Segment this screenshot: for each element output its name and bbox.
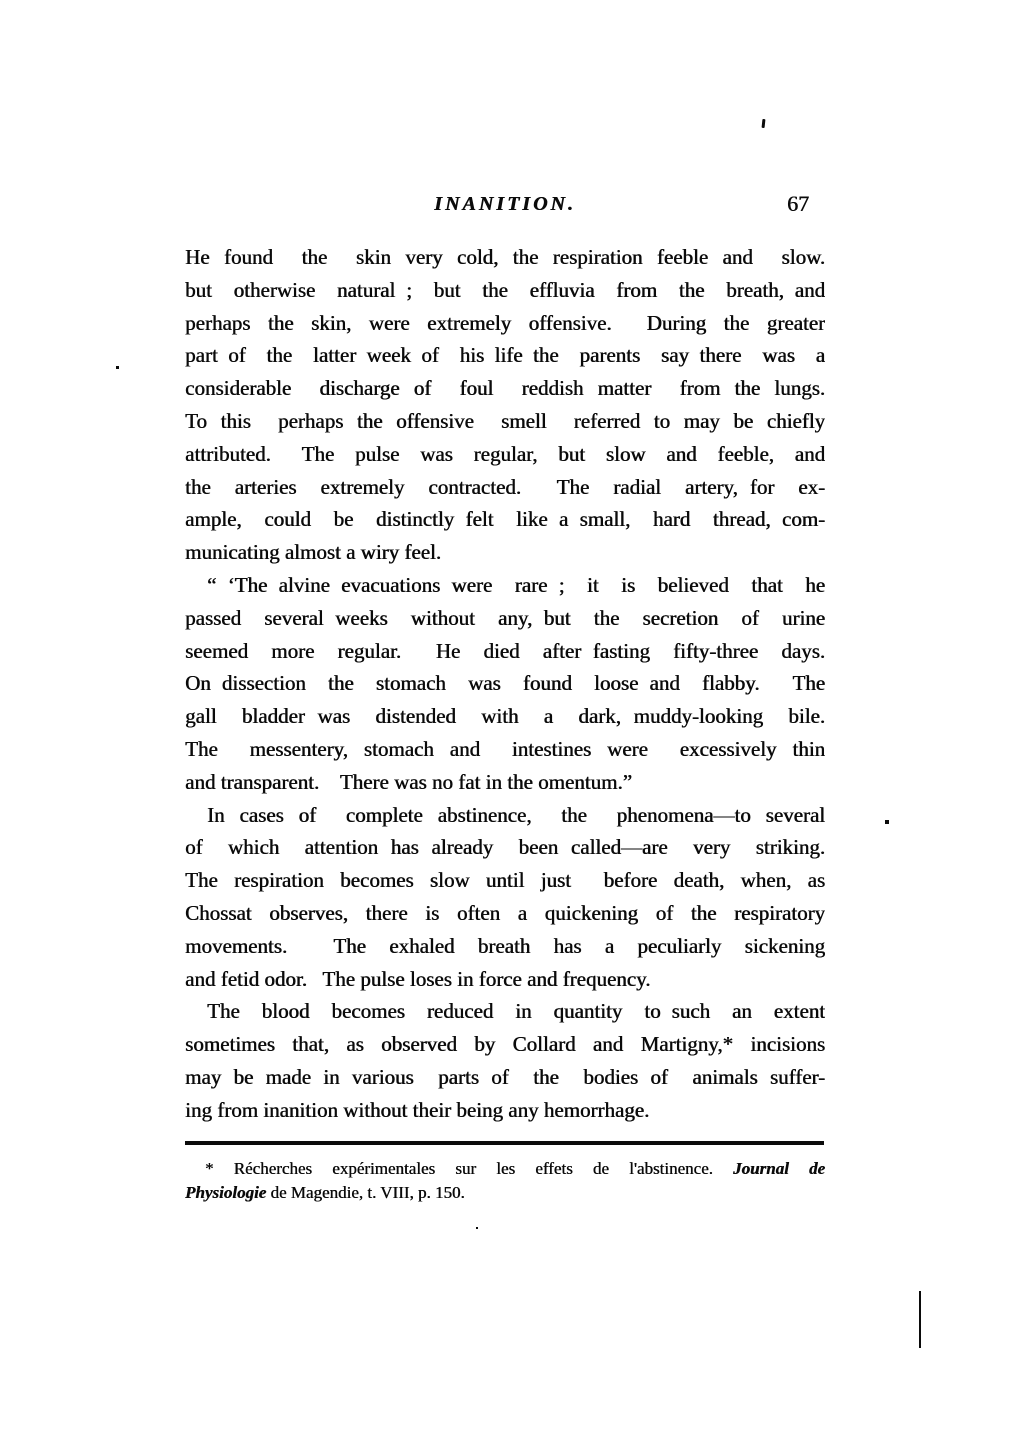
text-line: Chossat observes, there is often a quick… [185,897,825,930]
footnote: * Récherches expérimentales sur les effe… [185,1157,825,1205]
text-line: movements. The exhaled breath has a pecu… [185,930,825,963]
page-number: 67 [787,191,809,217]
text-line: The respiration becomes slow until just … [185,864,825,897]
footnote-journal-title: Physiologie [185,1183,266,1202]
text-line: ing from inanition without their being a… [185,1094,825,1127]
text-line: “ ‘The alvine evacuations were rare ; it… [185,569,825,602]
text-line: passed several weeks without any, but th… [185,602,825,635]
text-line: and transparent. There was no fat in the… [185,766,825,799]
text-line: of which attention has already been call… [185,831,825,864]
text-line: and fetid odor. The pulse loses in force… [185,963,825,996]
footnote-line: * Récherches expérimentales sur les effe… [185,1157,825,1181]
body-text: He found the skin very cold, the respira… [185,241,825,1127]
footnote-rule [185,1141,824,1145]
footnote-line: Physiologie de Magendie, t. VIII, p. 150… [185,1181,825,1205]
footnote-text: * Récherches expérimentales sur les effe… [205,1159,713,1178]
text-line: attributed. The pulse was regular, but s… [185,438,825,471]
text-line: ample, could be distinctly felt like a s… [185,503,825,536]
text-line: The blood becomes reduced in quantity to… [185,995,825,1028]
text-line: but otherwise natural ; but the effluvia… [185,274,825,307]
text-line: seemed more regular. He died after fasti… [185,635,825,668]
ink-speck [476,1227,478,1229]
text-line: the arteries extremely contracted. The r… [185,471,825,504]
text-line: gall bladder was distended with a dark, … [185,700,825,733]
margin-vertical-line [919,1291,921,1348]
text-line: He found the skin very cold, the respira… [185,241,825,274]
text-line: To this perhaps the offensive smell refe… [185,405,825,438]
text-line: municating almost a wiry feel. [185,536,825,569]
text-line: may be made in various parts of the bodi… [185,1061,825,1094]
footnote-journal-title: Journal de [733,1159,825,1178]
running-head: INANITION. 67 [185,193,825,223]
text-line: perhaps the skin, were extremely offensi… [185,307,825,340]
footnote-text: de Magendie, t. VIII, p. 150. [270,1183,464,1202]
text-line: considerable discharge of foul reddish m… [185,372,825,405]
text-line: The messentery, stomach and intestines w… [185,733,825,766]
page-title: INANITION. [185,193,825,216]
text-line: sometimes that, as observed by Collard a… [185,1028,825,1061]
ink-speck [885,820,889,824]
ink-tick-mark [762,119,766,128]
scanned-page: INANITION. 67 He found the skin very col… [0,0,1025,1429]
text-line: In cases of complete abstinence, the phe… [185,799,825,832]
text-line: On dissection the stomach was found loos… [185,667,825,700]
ink-speck [116,366,119,369]
text-line: part of the latter week of his life the … [185,339,825,372]
